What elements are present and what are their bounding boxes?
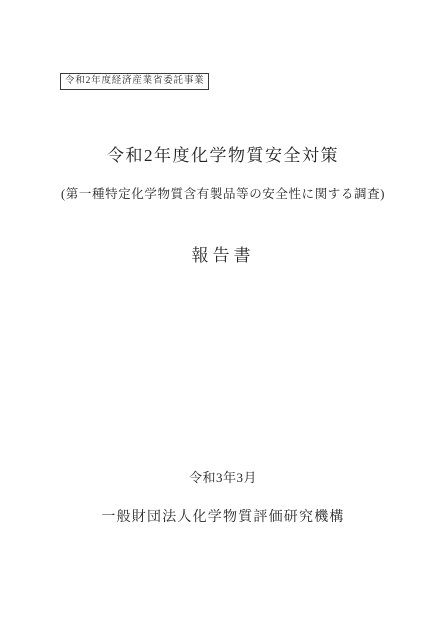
publication-date: 令和3年3月 — [0, 467, 446, 486]
commission-label-box: 令和2年度経済産業省委託事業 — [60, 73, 209, 90]
organization-name: 一般財団法人化学物質評価研究機構 — [0, 506, 446, 526]
report-cover-page: 令和2年度経済産業省委託事業 令和2年度化学物質安全対策 (第一種特定化学物質含… — [0, 0, 446, 630]
commission-label: 令和2年度経済産業省委託事業 — [65, 76, 204, 86]
report-doc-type: 報告書 — [0, 241, 446, 266]
report-title: 令和2年度化学物質安全対策 — [0, 141, 446, 166]
report-subtitle: (第一種特定化学物質含有製品等の安全性に関する調査) — [0, 184, 446, 202]
